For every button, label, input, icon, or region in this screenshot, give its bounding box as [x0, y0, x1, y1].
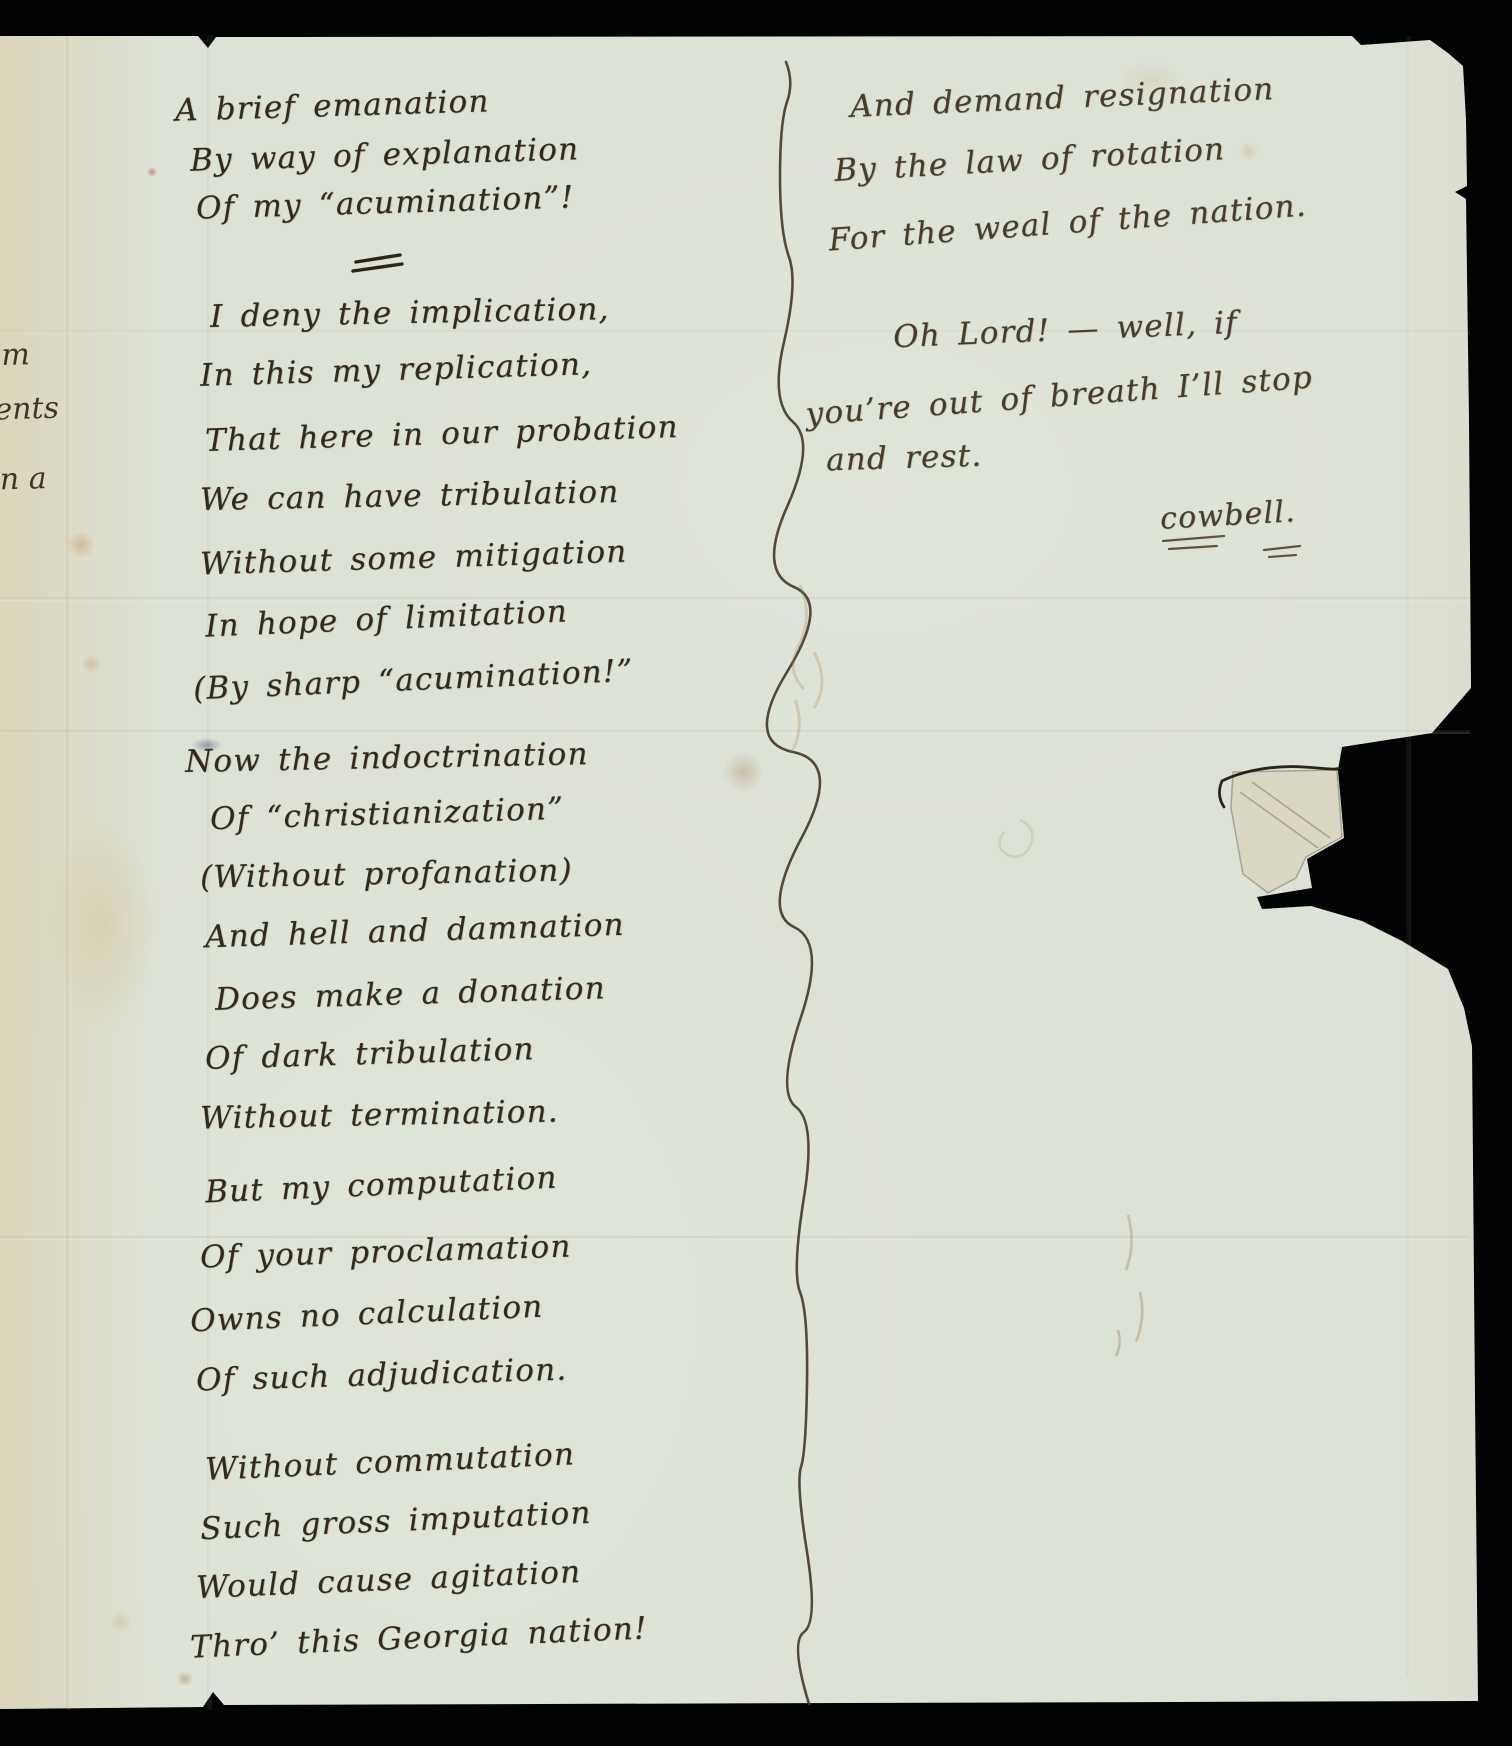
poem-line: (Without profanation) — [200, 852, 573, 895]
poem-line: I deny the implication, — [210, 291, 610, 335]
scanned-letter-page: s lem ments an a A brief emanation By wa… — [0, 0, 1512, 1746]
poem-line: Without termination. — [200, 1094, 559, 1137]
poem-fragment: an a — [0, 461, 47, 498]
poem-fragment: ments — [0, 391, 59, 429]
poem-fragment: lem — [0, 337, 30, 374]
poem-line: and rest. — [826, 438, 983, 479]
